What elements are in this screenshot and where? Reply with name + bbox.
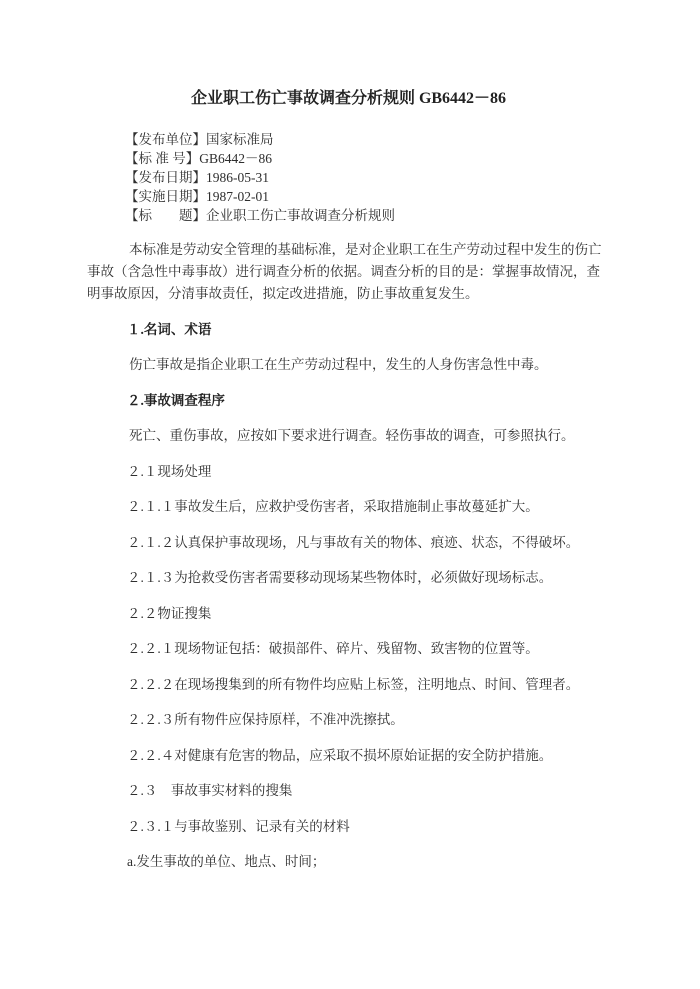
clause-2-1-3: ２.１.３为抢救受伤害者需要移动现场某些物体时，必须做好现场标志。 — [87, 567, 610, 589]
clause-2-2-1: ２.２.１现场物证包括：破损部件、碎片、残留物、致害物的位置等。 — [87, 638, 610, 660]
meta-line-issuing-unit: 【发布单位】国家标准局 — [87, 130, 610, 149]
clause-2-2: ２.２物证搜集 — [87, 603, 610, 625]
section-heading-1: １.名词、术语 — [87, 319, 610, 341]
meta-line-standard-no: 【标 准 号】GB6442－86 — [87, 149, 610, 168]
doc-paragraph: 伤亡事故是指企业职工在生产劳动过程中，发生的人身伤害急性中毒。 — [87, 354, 610, 376]
metadata-block: 【发布单位】国家标准局 【标 准 号】GB6442－86 【发布日期】1986-… — [87, 130, 610, 225]
meta-line-title: 【标 题】企业职工伤亡事故调查分析规则 — [87, 206, 610, 225]
clause-2-1: ２.１现场处理 — [87, 461, 610, 483]
clause-2-2-2: ２.２.２在现场搜集到的所有物件均应贴上标签，注明地点、时间、管理者。 — [87, 674, 610, 696]
section-heading-2: ２.事故调查程序 — [87, 390, 610, 412]
meta-line-implement-date: 【实施日期】1987-02-01 — [87, 187, 610, 206]
clause-2-3-1: ２.３.１与事故鉴别、记录有关的材料 — [87, 816, 610, 838]
intro-paragraph: 本标准是劳动安全管理的基础标准，是对企业职工在生产劳动过程中发生的伤亡事故（含急… — [87, 239, 610, 305]
meta-line-publish-date: 【发布日期】1986-05-31 — [87, 168, 610, 187]
document-title: 企业职工伤亡事故调查分析规则 GB6442－86 — [87, 88, 610, 110]
doc-paragraph: 死亡、重伤事故，应按如下要求进行调查。轻伤事故的调查，可参照执行。 — [87, 425, 610, 447]
clause-2-3-1-a: a.发生事故的单位、地点、时间； — [87, 851, 610, 873]
clause-2-2-4: ２.２.４对健康有危害的物品，应采取不损坏原始证据的安全防护措施。 — [87, 745, 610, 767]
clause-2-3: ２.３ 事故事实材料的搜集 — [87, 780, 610, 802]
clause-2-1-2: ２.１.２认真保护事故现场，凡与事故有关的物体、痕迹、状态，不得破坏。 — [87, 532, 610, 554]
clause-2-2-3: ２.２.３所有物件应保持原样，不准冲洗擦拭。 — [87, 709, 610, 731]
document-page: 企业职工伤亡事故调查分析规则 GB6442－86 【发布单位】国家标准局 【标 … — [0, 0, 700, 989]
clause-2-1-1: ２.１.１事故发生后，应救护受伤害者，采取措施制止事故蔓延扩大。 — [87, 496, 610, 518]
